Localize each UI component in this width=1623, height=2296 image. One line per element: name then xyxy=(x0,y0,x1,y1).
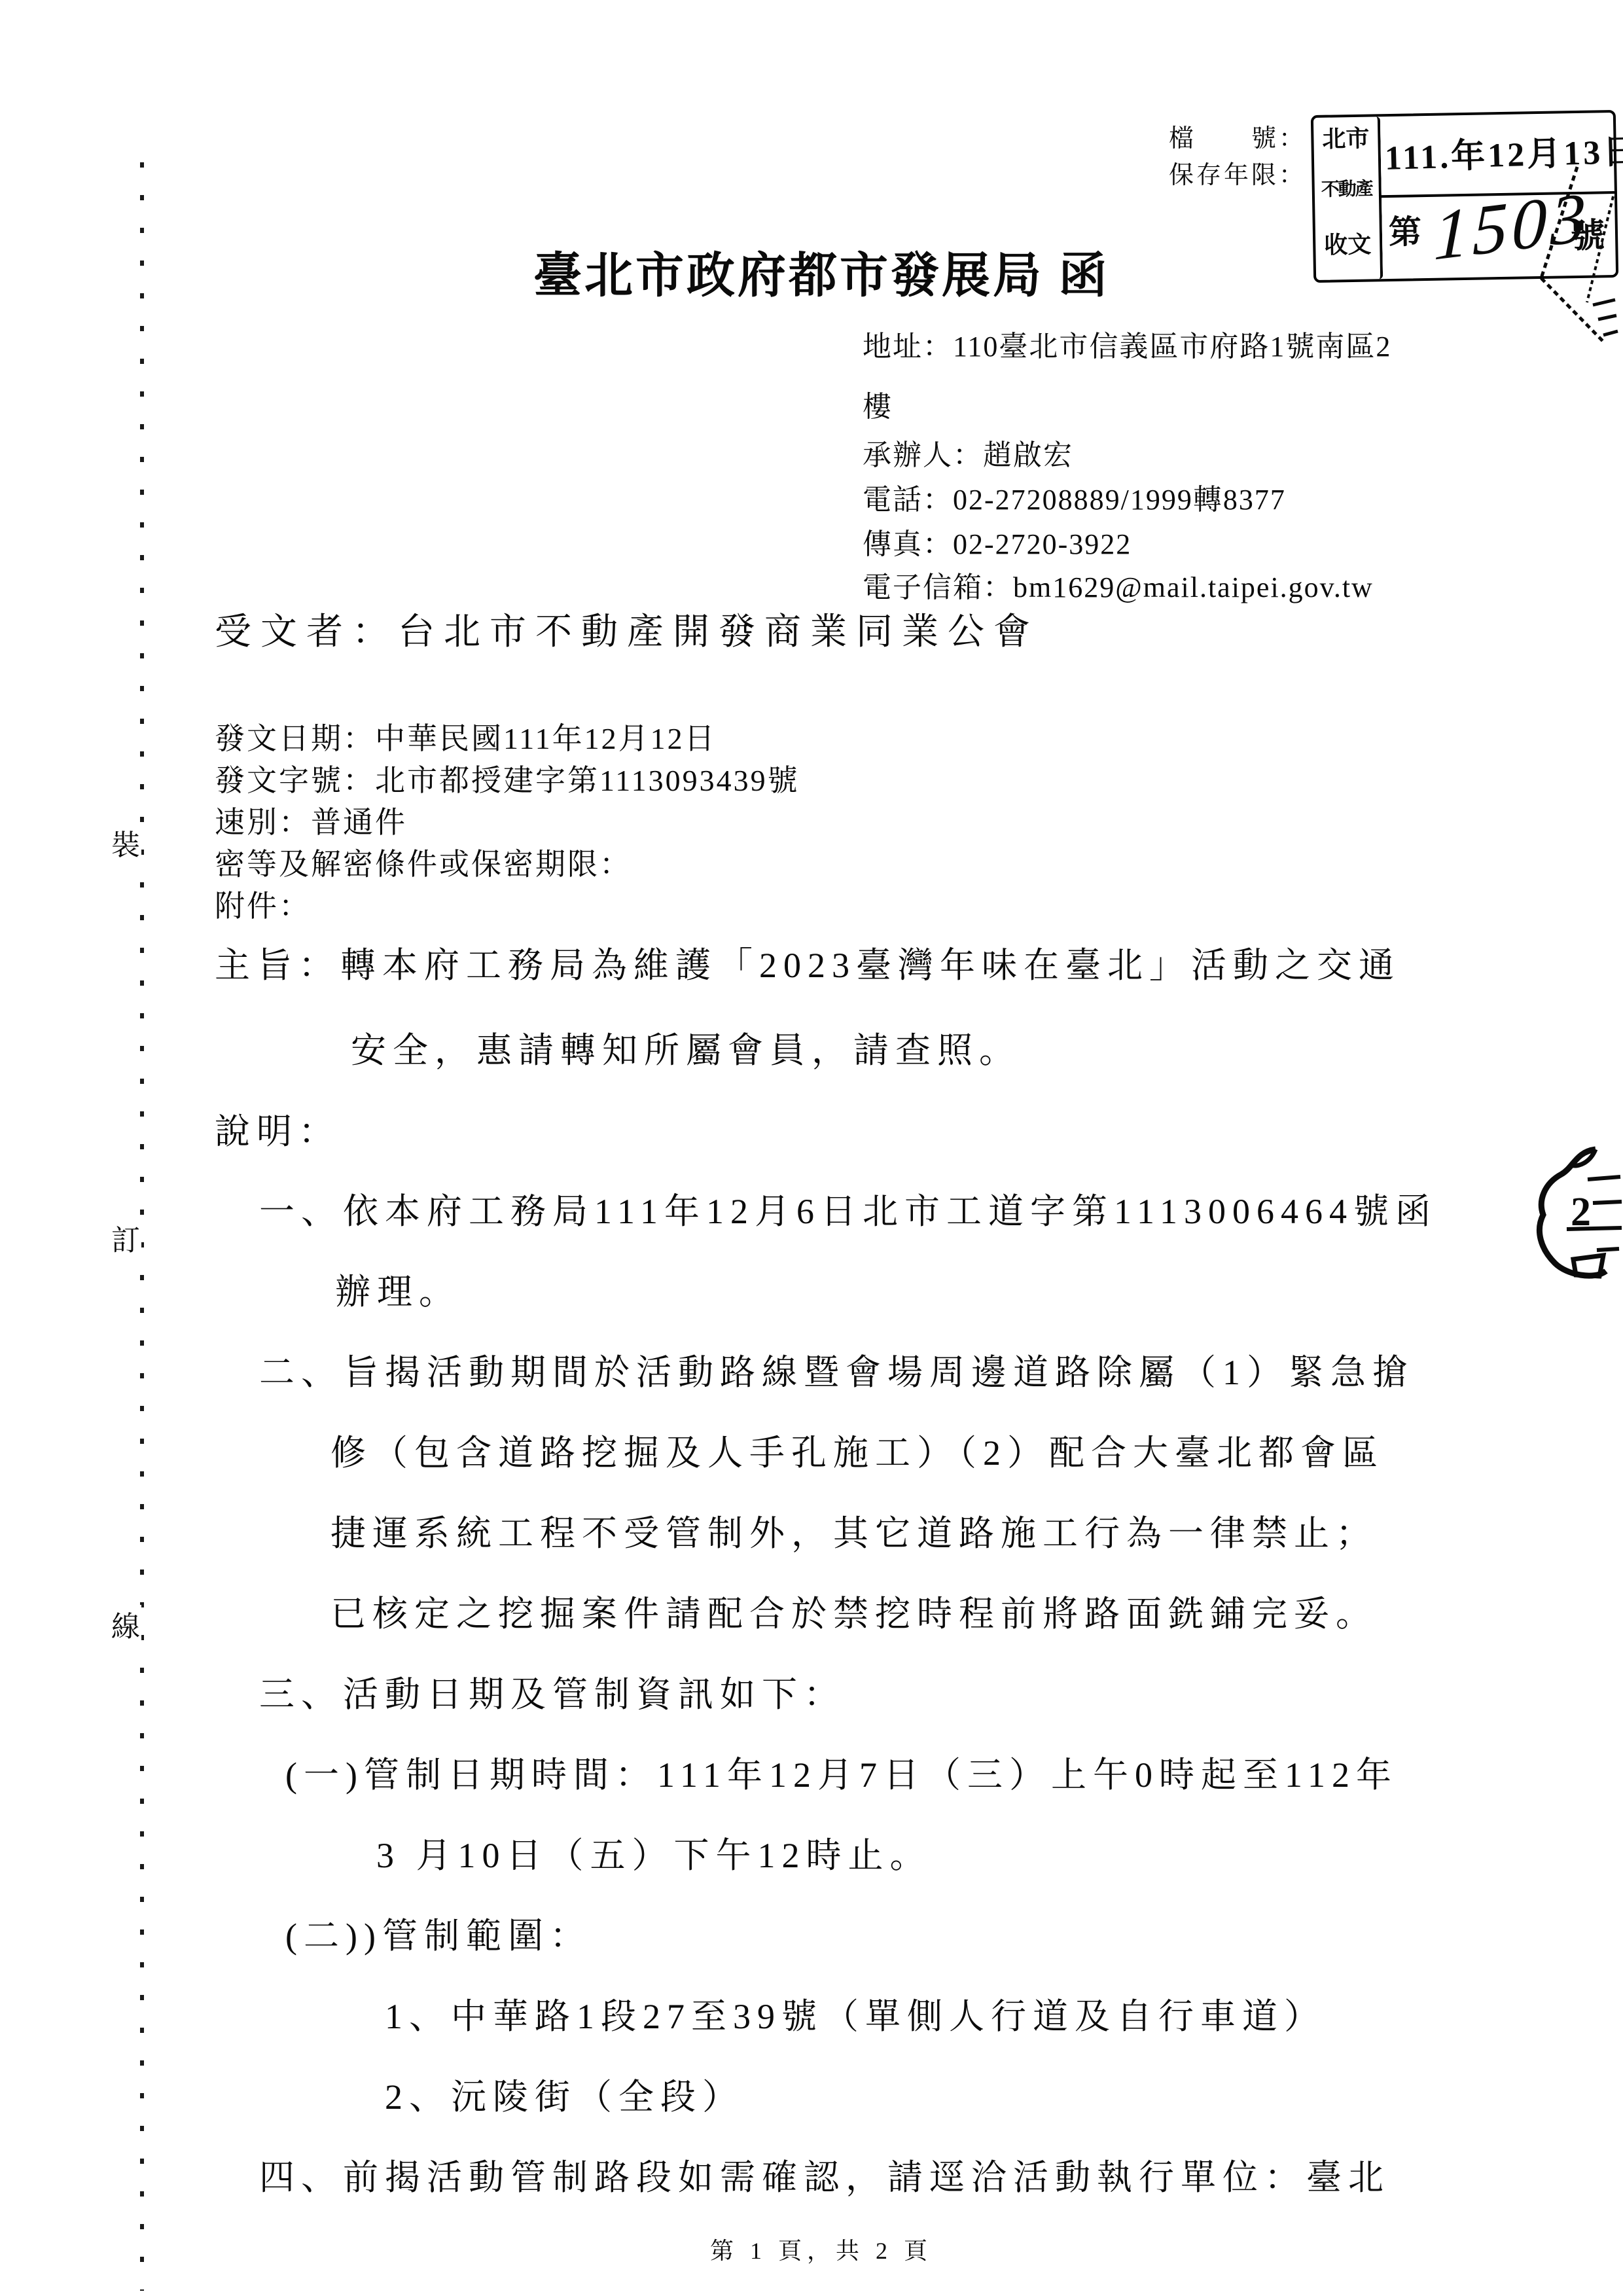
archive-number-label: 檔 號： xyxy=(1169,126,1306,153)
sender-address-line2: 樓 xyxy=(863,391,893,423)
retention-period-label: 保存年限： xyxy=(1169,162,1306,190)
receipt-stamp-org-line3: 收文 xyxy=(1324,232,1372,259)
receipt-stamp-org-line2: 不動產 xyxy=(1321,179,1373,200)
binding-mark-ding: 訂 xyxy=(110,1219,141,1263)
receipt-stamp-number-prefix: 第 xyxy=(1388,214,1421,251)
item-2-line-3: 捷運系統工程不受管制外，其它道路施工行為一律禁止； xyxy=(330,1515,1378,1553)
meta-speed: 速別：普通件 xyxy=(215,806,407,840)
subject-line-1: 主旨：轉本府工務局為維護「2023臺灣年味在臺北」活動之交通 xyxy=(215,946,1400,985)
item-3-line-1: 三、活動日期及管制資訊如下： xyxy=(259,1676,846,1714)
meta-security: 密等及解密條件或保密期限： xyxy=(215,848,632,882)
document-title: 臺北市政府都市發展局 函 xyxy=(533,250,1110,303)
item-4-line-1: 四、前揭活動管制路段如需確認，請逕洽活動執行單位：臺北 xyxy=(259,2159,1390,2197)
receipt-stamp-org-column: 北市 不動產 收文 xyxy=(1313,117,1383,280)
item-3-1-line-1: (一)管制日期時間：111年12月7日（三）上午0時起至112年 xyxy=(285,1756,1398,1795)
item-2-line-1: 二、旨揭活動期間於活動路線暨會場周邊道路除屬（1）緊急搶 xyxy=(259,1354,1414,1392)
item-1-line-1: 一、依本府工務局111年12月6日北市工道字第1113006464號函 xyxy=(259,1193,1437,1231)
meta-attachment: 附件： xyxy=(215,890,311,924)
sender-email: 電子信箱：bm1629@mail.taipei.gov.tw xyxy=(863,572,1374,603)
fold-crease-marks xyxy=(1525,151,1623,360)
binding-mark-zhuang: 裝 xyxy=(110,823,141,868)
item-3-1-line-2: 3 月10日（五）下午12時止。 xyxy=(376,1837,932,1875)
recipient-line: 受文者：台北市不動產開發商業同業公會 xyxy=(215,613,1039,653)
document-page: 裝 訂 線 檔 號： 保存年限： 北市 不動產 收文 111.年12月13日 第… xyxy=(0,0,1623,2296)
sender-phone: 電話：02-27208889/1999轉8377 xyxy=(863,484,1286,516)
item-3-2-sub-2: 2、沅陵街（全段） xyxy=(385,2078,744,2117)
sender-contact-person: 承辦人：趙啟宏 xyxy=(863,440,1073,471)
sender-address-line1: 地址：110臺北市信義區市府路1號南區2 xyxy=(863,331,1391,363)
sender-fax: 傳真：02-2720-3922 xyxy=(863,529,1132,560)
seal-digit: 2 xyxy=(1571,1190,1591,1234)
receipt-stamp-org-line1: 北市 xyxy=(1322,126,1370,153)
item-3-2-sub-1: 1、中華路1段27至39號（單側人行道及自行車道） xyxy=(385,1998,1326,2036)
binding-mark-xian: 線 xyxy=(110,1605,141,1649)
item-1-line-2: 辦理。 xyxy=(335,1273,461,1312)
page-number-footer: 第 1 頁，共 2 頁 xyxy=(710,2238,933,2265)
subject-line-2: 安全，惠請轉知所屬會員，請查照。 xyxy=(351,1031,1021,1070)
item-3-2-line-1: (二))管制範圍： xyxy=(285,1917,592,1956)
item-2-line-4: 已核定之挖掘案件請配合於禁挖時程前將路面銑鋪完妥。 xyxy=(330,1595,1378,1634)
item-2-line-2: 修（包含道路挖掘及人手孔施工）（2）配合大臺北都會區 xyxy=(330,1434,1384,1473)
explanation-label: 說明： xyxy=(215,1113,340,1151)
meta-doc-number: 發文字號：北市都授建字第1113093439號 xyxy=(215,764,800,798)
partial-seal-stamp: 2 xyxy=(1533,1144,1623,1283)
meta-send-date: 發文日期：中華民國111年12月12日 xyxy=(215,723,717,756)
